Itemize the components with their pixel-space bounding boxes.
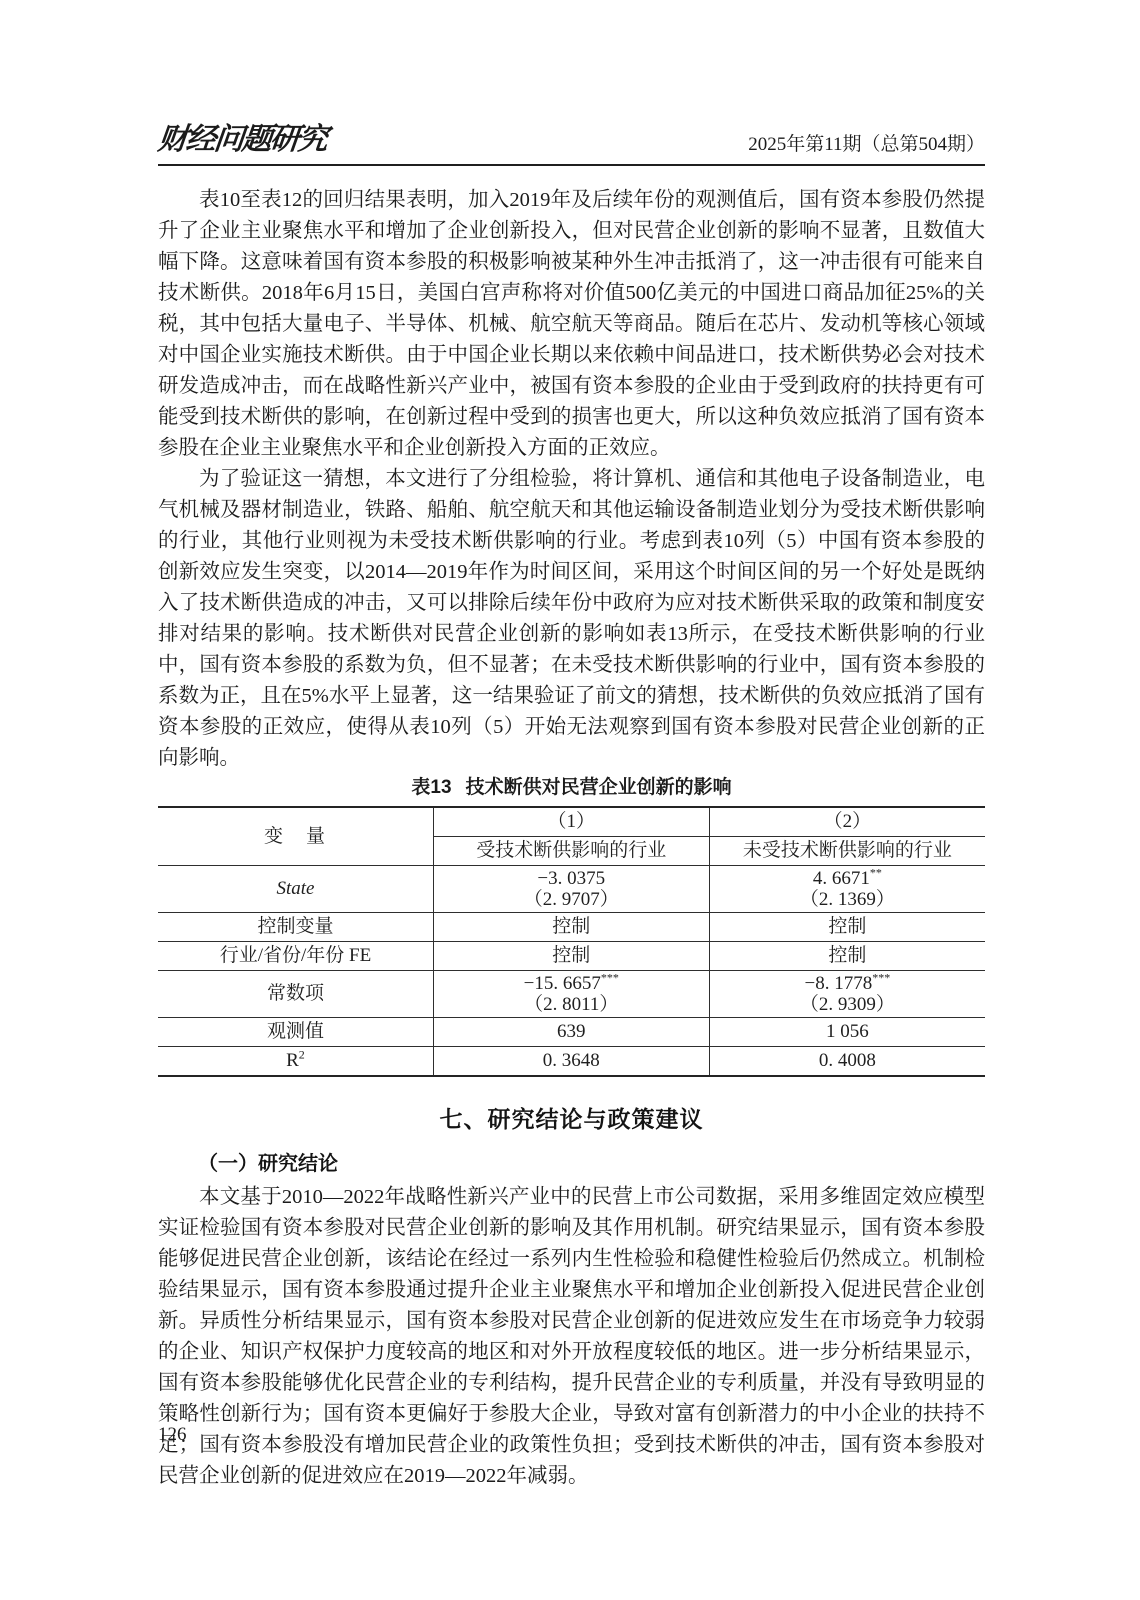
significance-stars: ** xyxy=(870,866,882,880)
fe-col1-cell: 控制 xyxy=(433,942,709,971)
controls-col1-cell: 控制 xyxy=(433,913,709,942)
header-col2-subtitle: 未受技术断供影响的行业 xyxy=(709,837,985,866)
paragraph-regression-results: 表10至表12的回归结果表明，加入2019年及后续年份的观测值后，国有资本参股仍… xyxy=(158,185,985,464)
header-col1-subtitle: 受技术断供影响的行业 xyxy=(433,837,709,866)
running-head: 财经问题研究 2025年第11期（总第504期） xyxy=(158,122,985,166)
row-label-observations: 观测值 xyxy=(158,1018,433,1047)
significance-stars: *** xyxy=(601,971,619,985)
state-col2-cell: 4. 6671** （2. 1369） xyxy=(709,866,985,913)
issue-info: 2025年第11期（总第504期） xyxy=(748,132,985,158)
obs-col1-cell: 639 xyxy=(433,1018,709,1047)
header-variable-cell: 变 量 xyxy=(158,807,433,866)
constant-col1-coef: −15. 6657*** xyxy=(438,973,705,994)
results-table: 变 量 （1） （2） 受技术断供影响的行业 未受技术断供影响的行业 State… xyxy=(158,806,985,1077)
constant-col1-cell: −15. 6657*** （2. 8011） xyxy=(433,971,709,1018)
state-col1-coef: −3. 0375 xyxy=(438,868,705,889)
header-col2-number: （2） xyxy=(709,807,985,837)
paragraph-conclusions: 本文基于2010—2022年战略性新兴产业中的民营上市公司数据，采用多维固定效应… xyxy=(158,1182,985,1492)
state-col2-se: （2. 1369） xyxy=(714,889,981,910)
row-label-constant: 常数项 xyxy=(158,971,433,1018)
table-row-r-squared: R2 0. 3648 0. 4008 xyxy=(158,1047,985,1077)
table-row-state: State −3. 0375 （2. 9707） 4. 6671** （2. 1… xyxy=(158,866,985,913)
table-number: 表13 xyxy=(411,777,451,798)
state-col2-coef: 4. 6671** xyxy=(714,868,981,889)
header-col1-number: （1） xyxy=(433,807,709,837)
state-col1-se: （2. 9707） xyxy=(438,889,705,910)
state-col1-cell: −3. 0375 （2. 9707） xyxy=(433,866,709,913)
row-label-fixed-effects: 行业/省份/年份 FE xyxy=(158,942,433,971)
journal-logo: 财经问题研究 xyxy=(156,122,328,158)
r-squared-exponent: 2 xyxy=(299,1048,305,1062)
page-number: 126 xyxy=(158,1424,187,1446)
journal-page: 财经问题研究 2025年第11期（总第504期） 表10至表12的回归结果表明，… xyxy=(0,0,1140,1600)
r2-col1-cell: 0. 3648 xyxy=(433,1047,709,1077)
fe-col2-cell: 控制 xyxy=(709,942,985,971)
table-header-row-1: 变 量 （1） （2） xyxy=(158,807,985,837)
table-caption-text: 技术断供对民营企业创新的影响 xyxy=(466,777,732,798)
row-label-r-squared: R2 xyxy=(158,1047,433,1077)
significance-stars: *** xyxy=(872,971,890,985)
table-row-constant: 常数项 −15. 6657*** （2. 8011） −8. 1778*** （… xyxy=(158,971,985,1018)
constant-col1-se: （2. 8011） xyxy=(438,994,705,1015)
row-label-controls: 控制变量 xyxy=(158,913,433,942)
controls-col2-cell: 控制 xyxy=(709,913,985,942)
constant-col2-se: （2. 9309） xyxy=(714,994,981,1015)
subsection-heading: （一）研究结论 xyxy=(158,1151,985,1177)
constant-col2-cell: −8. 1778*** （2. 9309） xyxy=(709,971,985,1018)
table-row-fixed-effects: 行业/省份/年份 FE 控制 控制 xyxy=(158,942,985,971)
obs-col2-cell: 1 056 xyxy=(709,1018,985,1047)
table-row-observations: 观测值 639 1 056 xyxy=(158,1018,985,1047)
row-label-state: State xyxy=(158,866,433,913)
paragraph-group-test: 为了验证这一猜想，本文进行了分组检验，将计算机、通信和其他电子设备制造业，电气机… xyxy=(158,464,985,774)
r2-col2-cell: 0. 4008 xyxy=(709,1047,985,1077)
table-row-controls: 控制变量 控制 控制 xyxy=(158,913,985,942)
section-heading: 七、研究结论与政策建议 xyxy=(158,1104,985,1134)
table-caption: 表13技术断供对民营企业创新的影响 xyxy=(158,776,985,800)
constant-col2-coef: −8. 1778*** xyxy=(714,973,981,994)
